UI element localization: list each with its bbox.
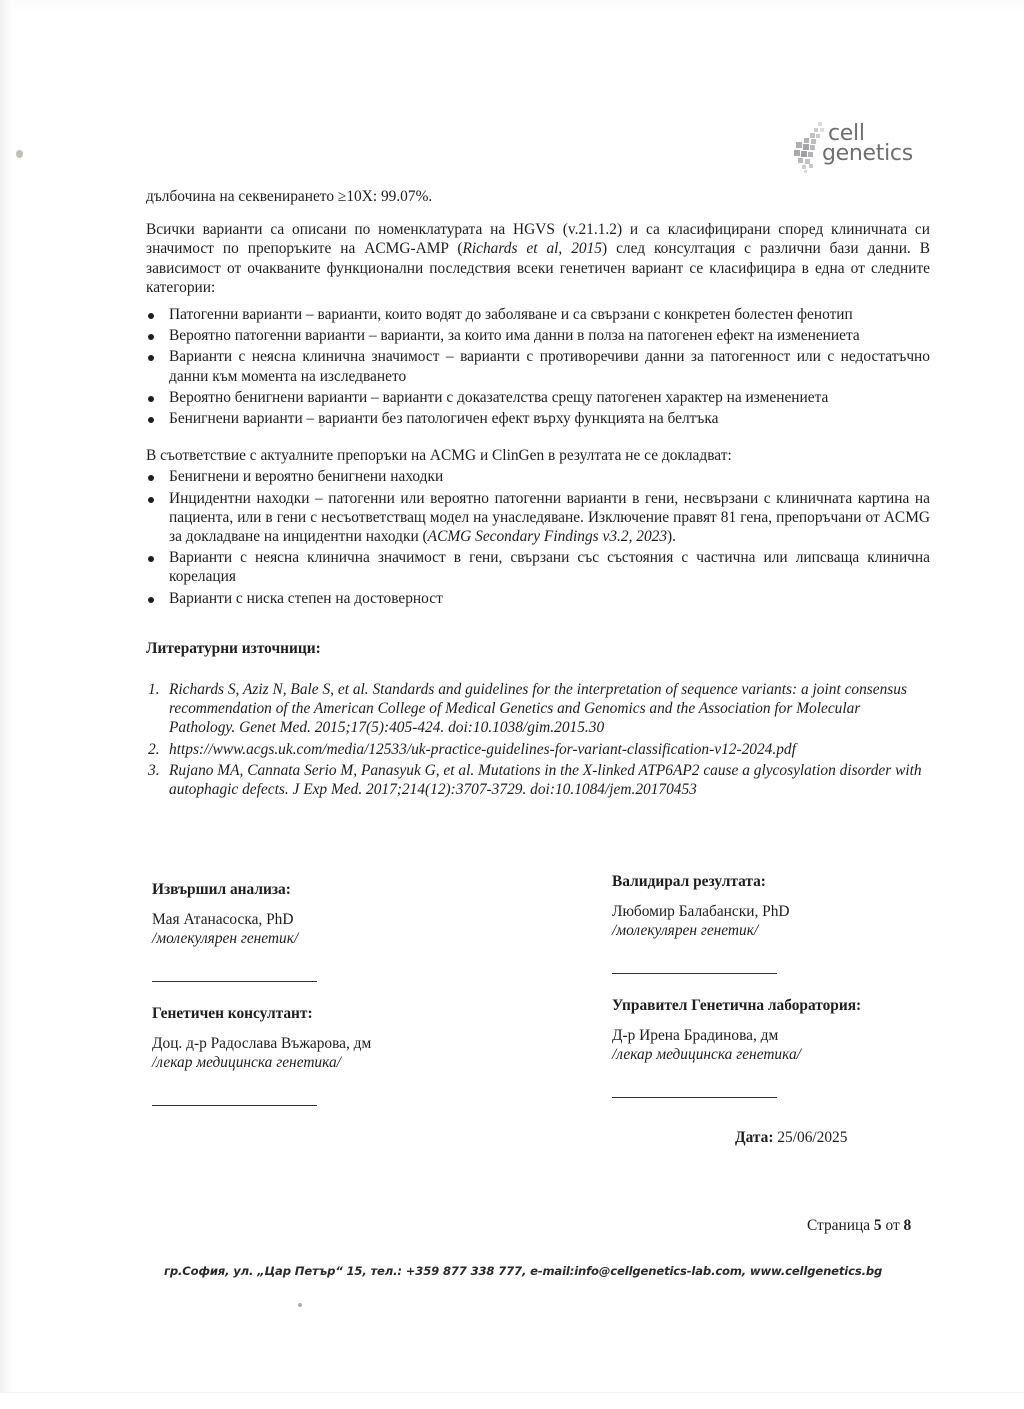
reference-text: Rujano MA, Cannata Serio M, Panasyuk G, … xyxy=(169,762,922,798)
list-item: Вероятно бенигнени варианти – варианти с… xyxy=(146,388,930,407)
footer-contact: гр.София, ул. „Цар Петър“ 15, тел.: +359… xyxy=(164,1264,884,1278)
signature-block-validated: Валидирал резултата: Любомир Балабански,… xyxy=(612,872,790,974)
scan-speck xyxy=(16,150,23,158)
list-item: Варианти с ниска степен на достоверност xyxy=(146,589,930,608)
list-item-text: Вероятно патогенни варианти – варианти, … xyxy=(169,327,860,344)
signature-title: /лекар медицинска генетика/ xyxy=(152,1053,371,1072)
signature-name: Мая Атанасоска, PhD xyxy=(152,910,317,929)
bullet-icon xyxy=(148,396,154,402)
page-total: 8 xyxy=(904,1217,912,1234)
scan-edge-top xyxy=(0,0,1024,12)
bullet-icon xyxy=(148,475,154,481)
signature-role: Извършил анализа: xyxy=(152,880,317,899)
list-item-text: Вероятно бенигнени варианти – варианти с… xyxy=(169,389,828,406)
list-item-text: Варианти с неясна клинична значимост в г… xyxy=(169,549,930,585)
bullet-icon xyxy=(148,334,154,340)
signature-role: Генетичен консултант: xyxy=(152,1004,371,1023)
signature-name: Любомир Балабански, PhD xyxy=(612,902,790,921)
document-body: дълбочина на секвенирането ≥10X: 99.07%.… xyxy=(146,187,930,801)
list-item: Инцидентни находки – патогенни или вероя… xyxy=(146,489,930,547)
reference-text: Richards S, Aziz N, Bale S, et al. Stand… xyxy=(169,681,907,736)
signature-title: /лекар медицинска генетика/ xyxy=(612,1045,861,1064)
scan-speck xyxy=(298,1303,302,1307)
reference-number: 3. xyxy=(148,761,160,780)
reference-url[interactable]: https://www.acgs.uk.com/media/12533/uk-p… xyxy=(169,741,796,758)
signature-block-manager: Управител Генетична лаборатория: Д-р Ире… xyxy=(612,996,861,1098)
signature-name: Д-р Ирена Брадинова, дм xyxy=(612,1026,861,1045)
signature-title: /молекулярен генетик/ xyxy=(612,921,790,940)
scan-edge-bottom xyxy=(0,1392,1024,1409)
list-item-text: ). xyxy=(667,528,676,545)
signature-line xyxy=(612,973,777,974)
scan-edge-left xyxy=(0,0,14,1395)
logo-wordmark: cell genetics xyxy=(828,124,913,164)
list-item: Бенигнени варианти – варианти без патоло… xyxy=(146,409,930,428)
signature-role: Валидирал резултата: xyxy=(612,872,790,891)
signature-name: Доц. д-р Радослава Въжарова, дм xyxy=(152,1034,371,1053)
bullet-icon xyxy=(148,597,154,603)
not-reported-heading: В съответствие с актуалните препоръки на… xyxy=(146,446,930,465)
citation-acmg-sf: ACMG Secondary Findings v3.2, 2023 xyxy=(428,528,667,545)
list-item-text: Бенигнени варианти – варианти без патоло… xyxy=(169,410,718,427)
logo-word-genetics: genetics xyxy=(822,144,913,164)
page-separator: от xyxy=(885,1217,899,1234)
references-list: 1.Richards S, Aziz N, Bale S, et al. Sta… xyxy=(146,680,930,799)
reference-number: 1. xyxy=(148,680,160,699)
citation-richards: Richards et al, 2015 xyxy=(462,240,602,257)
list-item: Патогенни варианти – варианти, които вод… xyxy=(146,305,930,324)
list-item-text: Варианти с неясна клинична значимост – в… xyxy=(169,348,930,384)
list-item-text: Патогенни варианти – варианти, които вод… xyxy=(169,306,853,323)
signature-line xyxy=(152,1105,317,1106)
reference-item: 3.Rujano MA, Cannata Serio M, Panasyuk G… xyxy=(146,761,930,799)
signature-line xyxy=(152,981,317,982)
signature-block-performed: Извършил анализа: Мая Атанасоска, PhD /м… xyxy=(152,880,317,982)
bullet-icon xyxy=(148,556,154,562)
bullet-icon xyxy=(148,313,154,319)
reference-item: 1.Richards S, Aziz N, Bale S, et al. Sta… xyxy=(146,680,930,738)
sequencing-depth-line: дълбочина на секвенирането ≥10X: 99.07%. xyxy=(146,187,930,206)
reference-item[interactable]: 2.https://www.acgs.uk.com/media/12533/uk… xyxy=(146,740,930,759)
bullet-icon xyxy=(148,497,154,503)
list-item: Варианти с неясна клинична значимост в г… xyxy=(146,548,930,586)
classification-paragraph: Всички варианти са описани по номенклату… xyxy=(146,220,930,297)
variant-categories-list: Патогенни варианти – варианти, които вод… xyxy=(146,305,930,428)
page-number: Страница 5 от 8 xyxy=(807,1217,911,1235)
signature-block-counselor: Генетичен консултант: Доц. д-р Радослава… xyxy=(152,1004,371,1106)
signature-title: /молекулярен генетик/ xyxy=(152,929,317,948)
list-item: Бенигнени и вероятно бенигнени находки xyxy=(146,467,930,486)
date-label: Дата: xyxy=(735,1129,773,1146)
not-reported-list: Бенигнени и вероятно бенигнени находки И… xyxy=(146,467,930,607)
date-value: 25/06/2025 xyxy=(777,1129,847,1146)
company-logo: cell genetics xyxy=(792,118,932,178)
signature-line xyxy=(612,1097,777,1098)
page-prefix: Страница xyxy=(807,1217,870,1234)
references-title: Литературни източници: xyxy=(146,639,930,658)
list-item-text: Бенигнени и вероятно бенигнени находки xyxy=(169,468,443,485)
list-item-text: Варианти с ниска степен на достоверност xyxy=(169,590,443,607)
signature-role: Управител Генетична лаборатория: xyxy=(612,996,861,1015)
bullet-icon xyxy=(148,355,154,361)
page-current: 5 xyxy=(874,1217,882,1234)
reference-number: 2. xyxy=(148,740,160,759)
bullet-icon xyxy=(148,417,154,423)
report-date: Дата: 25/06/2025 xyxy=(735,1129,847,1147)
list-item: Вероятно патогенни варианти – варианти, … xyxy=(146,326,930,345)
list-item: Варианти с неясна клинична значимост – в… xyxy=(146,347,930,385)
